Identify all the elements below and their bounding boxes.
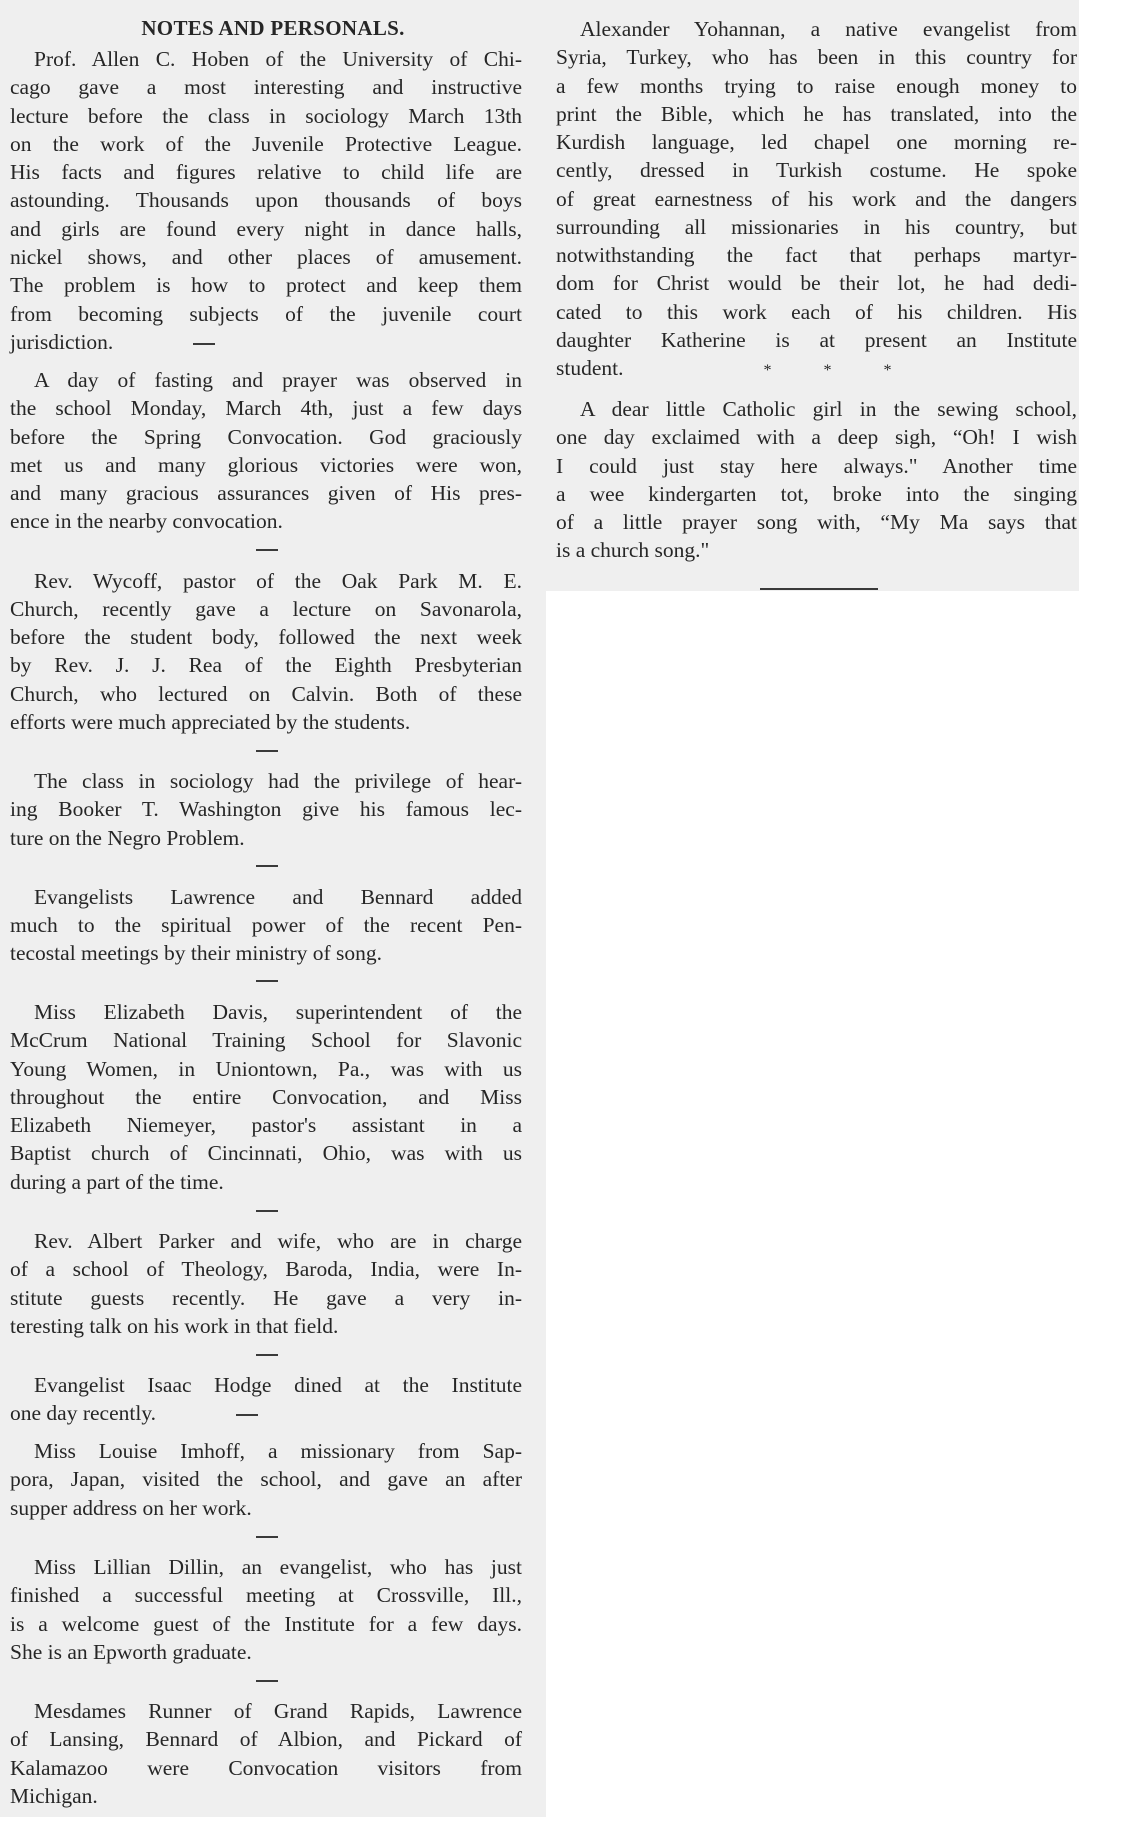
line-text: pora, Japan, visited the school, and gav… xyxy=(10,1467,522,1491)
line-text: one day exclaimed with a deep sigh, “Oh!… xyxy=(556,425,1077,449)
text-line: ture on the Negro Problem. xyxy=(10,824,522,852)
text-line: before the student body, followed the ne… xyxy=(10,623,522,651)
text-line: a few months trying to raise enough mone… xyxy=(556,72,1077,100)
line-text: print the Bible, which he has translated… xyxy=(556,102,1077,126)
text-line: supper address on her work. xyxy=(10,1494,522,1522)
line-text: Syria, Turkey, who has been in this coun… xyxy=(556,45,1077,69)
text-line: much to the spiritual power of the recen… xyxy=(10,911,522,939)
text-line: a wee kindergarten tot, broke into the s… xyxy=(556,480,1077,508)
line-text: A day of fasting and prayer was observed… xyxy=(34,368,522,392)
line-text: of a little prayer song with, “My Ma say… xyxy=(556,510,1077,534)
text-line: finished a successful meeting at Crossvi… xyxy=(10,1581,522,1609)
line-text: the school Monday, March 4th, just a few… xyxy=(10,396,522,420)
text-line: lecture before the class in sociology Ma… xyxy=(10,102,522,130)
text-line: one day exclaimed with a deep sigh, “Oh!… xyxy=(556,423,1077,451)
text-line: Rev. Wycoff, pastor of the Oak Park M. E… xyxy=(10,567,522,595)
line-text: Miss Lillian Dillin, an evangelist, who … xyxy=(34,1555,522,1579)
paragraph: Evangelist Isaac Hodge dined at the Inst… xyxy=(10,1371,522,1428)
text-line: teresting talk on his work in that field… xyxy=(10,1312,522,1340)
paragraph: Miss Louise Imhoff, a missionary from Sa… xyxy=(10,1437,522,1522)
line-text: by Rev. J. J. Rea of the Eighth Presbyte… xyxy=(10,653,522,677)
text-line: Syria, Turkey, who has been in this coun… xyxy=(556,43,1077,71)
line-text: ture on the Negro Problem. xyxy=(10,826,245,850)
paragraph: The class in sociology had the privilege… xyxy=(10,767,522,852)
text-line: is a welcome guest of the Institute for … xyxy=(10,1610,522,1638)
text-line: on the work of the Juvenile Protective L… xyxy=(10,130,522,158)
separator-dash xyxy=(236,1414,258,1416)
line-text: Miss Louise Imhoff, a missionary from Sa… xyxy=(34,1439,522,1463)
page-title: NOTES AND PERSONALS. xyxy=(0,14,546,42)
paragraph: A dear little Catholic girl in the sewin… xyxy=(556,395,1077,565)
line-text: Michigan. xyxy=(10,1784,98,1808)
text-line: Alexander Yohannan, a native evangelist … xyxy=(556,15,1077,43)
text-line: Rev. Albert Parker and wife, who are in … xyxy=(10,1227,522,1255)
text-line: ing Booker T. Washington give his famous… xyxy=(10,795,522,823)
line-text: Kalamazoo were Convocation visitors from xyxy=(10,1756,522,1780)
text-line: of a little prayer song with, “My Ma say… xyxy=(556,508,1077,536)
line-text: A dear little Catholic girl in the sewin… xyxy=(580,397,1077,421)
text-line: dom for Christ would be their lot, he ha… xyxy=(556,269,1077,297)
text-line: ence in the nearby convocation. xyxy=(10,507,522,535)
separator-dash xyxy=(256,980,278,982)
line-text: and girls are found every night in dance… xyxy=(10,217,522,241)
line-text: is a church song." xyxy=(556,538,709,562)
text-line: of Lansing, Bennard of Albion, and Picka… xyxy=(10,1725,522,1753)
line-text: Miss Elizabeth Davis, superintendent of … xyxy=(34,1000,522,1024)
text-line: Elizabeth Niemeyer, pastor's assistant i… xyxy=(10,1111,522,1139)
separator-dash xyxy=(256,750,278,752)
text-line: nickel shows, and other places of amusem… xyxy=(10,243,522,271)
text-line: of great earnestness of his work and the… xyxy=(556,185,1077,213)
line-text: Baptist church of Cincinnati, Ohio, was … xyxy=(10,1141,522,1165)
text-line: cated to this work each of his children.… xyxy=(556,298,1077,326)
line-text: Alexander Yohannan, a native evangelist … xyxy=(580,17,1077,41)
line-text: cently, dressed in Turkish costume. He s… xyxy=(556,158,1077,182)
text-line: A day of fasting and prayer was observed… xyxy=(10,366,522,394)
line-text: efforts were much appreciated by the stu… xyxy=(10,710,410,734)
text-line: cently, dressed in Turkish costume. He s… xyxy=(556,156,1077,184)
text-line: Prof. Allen C. Hoben of the University o… xyxy=(10,45,522,73)
text-line: Kalamazoo were Convocation visitors from xyxy=(10,1754,522,1782)
line-text: cago gave a most interesting and instruc… xyxy=(10,75,522,99)
paragraph: Rev. Albert Parker and wife, who are in … xyxy=(10,1227,522,1340)
text-line: Church, recently gave a lecture on Savon… xyxy=(10,595,522,623)
text-line: A dear little Catholic girl in the sewin… xyxy=(556,395,1077,423)
line-text: a wee kindergarten tot, broke into the s… xyxy=(556,482,1077,506)
separator-dash xyxy=(256,865,278,867)
line-text: during a part of the time. xyxy=(10,1170,224,1194)
text-line: daughter Katherine is at present an Inst… xyxy=(556,326,1077,354)
text-line: Evangelists Lawrence and Bennard added xyxy=(10,883,522,911)
text-line: met us and many glorious victories were … xyxy=(10,451,522,479)
line-text: The problem is how to protect and keep t… xyxy=(10,273,522,297)
line-text: surrounding all missionaries in his coun… xyxy=(556,215,1077,239)
text-line: by Rev. J. J. Rea of the Eighth Presbyte… xyxy=(10,651,522,679)
line-text: daughter Katherine is at present an Inst… xyxy=(556,328,1077,352)
text-line: The class in sociology had the privilege… xyxy=(10,767,522,795)
text-line: Kurdish language, led chapel one morning… xyxy=(556,128,1077,156)
paragraph: Mesdames Runner of Grand Rapids, Lawrenc… xyxy=(10,1697,522,1810)
line-text: finished a successful meeting at Crossvi… xyxy=(10,1583,522,1607)
text-line: the school Monday, March 4th, just a few… xyxy=(10,394,522,422)
line-text: student. xyxy=(556,356,623,380)
line-text: The class in sociology had the privilege… xyxy=(34,769,522,793)
line-text: one day recently. xyxy=(10,1401,156,1425)
text-line: pora, Japan, visited the school, and gav… xyxy=(10,1465,522,1493)
text-line: one day recently. xyxy=(10,1399,522,1427)
line-text: on the work of the Juvenile Protective L… xyxy=(10,132,522,156)
separator-dash xyxy=(256,1680,278,1682)
line-text: ence in the nearby convocation. xyxy=(10,509,283,533)
line-text: astounding. Thousands upon thousands of … xyxy=(10,188,522,212)
line-text: Elizabeth Niemeyer, pastor's assistant i… xyxy=(10,1113,522,1137)
text-line: stitute guests recently. He gave a very … xyxy=(10,1284,522,1312)
line-text: before the Spring Convocation. God graci… xyxy=(10,425,522,449)
line-text: His facts and figures relative to child … xyxy=(10,160,522,184)
line-text: I could just stay here always." Another … xyxy=(556,454,1077,478)
separator-dash xyxy=(256,1210,278,1212)
line-text: and many gracious assurances given of Hi… xyxy=(10,481,522,505)
line-text: of a school of Theology, Baroda, India, … xyxy=(10,1257,522,1281)
text-line: and many gracious assurances given of Hi… xyxy=(10,479,522,507)
line-text: before the student body, followed the ne… xyxy=(10,625,522,649)
line-text: Kurdish language, led chapel one morning… xyxy=(556,130,1077,154)
text-line: from becoming subjects of the juvenile c… xyxy=(10,300,522,328)
text-line: before the Spring Convocation. God graci… xyxy=(10,423,522,451)
line-text: McCrum National Training School for Slav… xyxy=(10,1028,522,1052)
line-text: Mesdames Runner of Grand Rapids, Lawrenc… xyxy=(34,1699,522,1723)
text-line: throughout the entire Convocation, and M… xyxy=(10,1083,522,1111)
line-text: met us and many glorious victories were … xyxy=(10,453,522,477)
text-line: of a school of Theology, Baroda, India, … xyxy=(10,1255,522,1283)
separator-dash xyxy=(256,1354,278,1356)
line-text: nickel shows, and other places of amusem… xyxy=(10,245,522,269)
separator-dash xyxy=(256,1536,278,1538)
line-text: a few months trying to raise enough mone… xyxy=(556,74,1077,98)
line-text: from becoming subjects of the juvenile c… xyxy=(10,302,522,326)
paragraph: Miss Lillian Dillin, an evangelist, who … xyxy=(10,1553,522,1666)
line-text: dom for Christ would be their lot, he ha… xyxy=(556,271,1077,295)
text-line: during a part of the time. xyxy=(10,1168,522,1196)
line-text: much to the spiritual power of the recen… xyxy=(10,913,522,937)
line-text: is a welcome guest of the Institute for … xyxy=(10,1612,522,1636)
text-line: astounding. Thousands upon thousands of … xyxy=(10,186,522,214)
text-line: surrounding all missionaries in his coun… xyxy=(556,213,1077,241)
line-text: ing Booker T. Washington give his famous… xyxy=(10,797,522,821)
text-line: student.*** xyxy=(556,354,1077,382)
text-line: Miss Elizabeth Davis, superintendent of … xyxy=(10,998,522,1026)
line-text: Evangelist Isaac Hodge dined at the Inst… xyxy=(34,1373,522,1397)
paragraph: Rev. Wycoff, pastor of the Oak Park M. E… xyxy=(10,567,522,737)
line-text: throughout the entire Convocation, and M… xyxy=(10,1085,522,1109)
text-line: Miss Louise Imhoff, a missionary from Sa… xyxy=(10,1437,522,1465)
paragraph: Alexander Yohannan, a native evangelist … xyxy=(556,15,1077,382)
text-line: His facts and figures relative to child … xyxy=(10,158,522,186)
text-line: print the Bible, which he has translated… xyxy=(556,100,1077,128)
line-text: stitute guests recently. He gave a very … xyxy=(10,1286,522,1310)
text-line: is a church song." xyxy=(556,536,1077,564)
line-text: teresting talk on his work in that field… xyxy=(10,1314,338,1338)
text-line: Baptist church of Cincinnati, Ohio, was … xyxy=(10,1139,522,1167)
text-line: tecostal meetings by their ministry of s… xyxy=(10,939,522,967)
text-line: notwithstanding the fact that perhaps ma… xyxy=(556,241,1077,269)
line-text: supper address on her work. xyxy=(10,1496,252,1520)
line-text: Church, recently gave a lecture on Savon… xyxy=(10,597,522,621)
text-line: The problem is how to protect and keep t… xyxy=(10,271,522,299)
paragraph: Miss Elizabeth Davis, superintendent of … xyxy=(10,998,522,1196)
text-line: Michigan. xyxy=(10,1782,522,1810)
text-line: I could just stay here always." Another … xyxy=(556,452,1077,480)
paragraph: A day of fasting and prayer was observed… xyxy=(10,366,522,536)
text-line: Church, who lectured on Calvin. Both of … xyxy=(10,680,522,708)
line-text: Evangelists Lawrence and Bennard added xyxy=(34,885,522,909)
section-separator-asterisks: *** xyxy=(763,354,943,385)
line-text: notwithstanding the fact that perhaps ma… xyxy=(556,243,1077,267)
end-rule xyxy=(760,588,878,590)
text-line: efforts were much appreciated by the stu… xyxy=(10,708,522,736)
paragraph: Prof. Allen C. Hoben of the University o… xyxy=(10,45,522,356)
line-text: She is an Epworth graduate. xyxy=(10,1640,252,1664)
separator-dash xyxy=(193,343,215,345)
line-text: Rev. Wycoff, pastor of the Oak Park M. E… xyxy=(34,569,522,593)
line-text: tecostal meetings by their ministry of s… xyxy=(10,941,382,965)
text-line: Mesdames Runner of Grand Rapids, Lawrenc… xyxy=(10,1697,522,1725)
separator-dash xyxy=(256,549,278,551)
line-text: of Lansing, Bennard of Albion, and Picka… xyxy=(10,1727,522,1751)
line-text: of great earnestness of his work and the… xyxy=(556,187,1077,211)
line-text: lecture before the class in sociology Ma… xyxy=(10,104,522,128)
line-text: Church, who lectured on Calvin. Both of … xyxy=(10,682,522,706)
paragraph: Evangelists Lawrence and Bennard addedmu… xyxy=(10,883,522,968)
text-line: Miss Lillian Dillin, an evangelist, who … xyxy=(10,1553,522,1581)
line-text: Rev. Albert Parker and wife, who are in … xyxy=(34,1229,522,1253)
text-line: Young Women, in Uniontown, Pa., was with… xyxy=(10,1055,522,1083)
text-line: She is an Epworth graduate. xyxy=(10,1638,522,1666)
line-text: cated to this work each of his children.… xyxy=(556,300,1077,324)
text-line: and girls are found every night in dance… xyxy=(10,215,522,243)
line-text: Prof. Allen C. Hoben of the University o… xyxy=(34,47,522,71)
line-text: jurisdiction. xyxy=(10,330,113,354)
text-line: McCrum National Training School for Slav… xyxy=(10,1026,522,1054)
line-text: Young Women, in Uniontown, Pa., was with… xyxy=(10,1057,522,1081)
text-line: cago gave a most interesting and instruc… xyxy=(10,73,522,101)
text-line: Evangelist Isaac Hodge dined at the Inst… xyxy=(10,1371,522,1399)
text-line: jurisdiction. xyxy=(10,328,522,356)
